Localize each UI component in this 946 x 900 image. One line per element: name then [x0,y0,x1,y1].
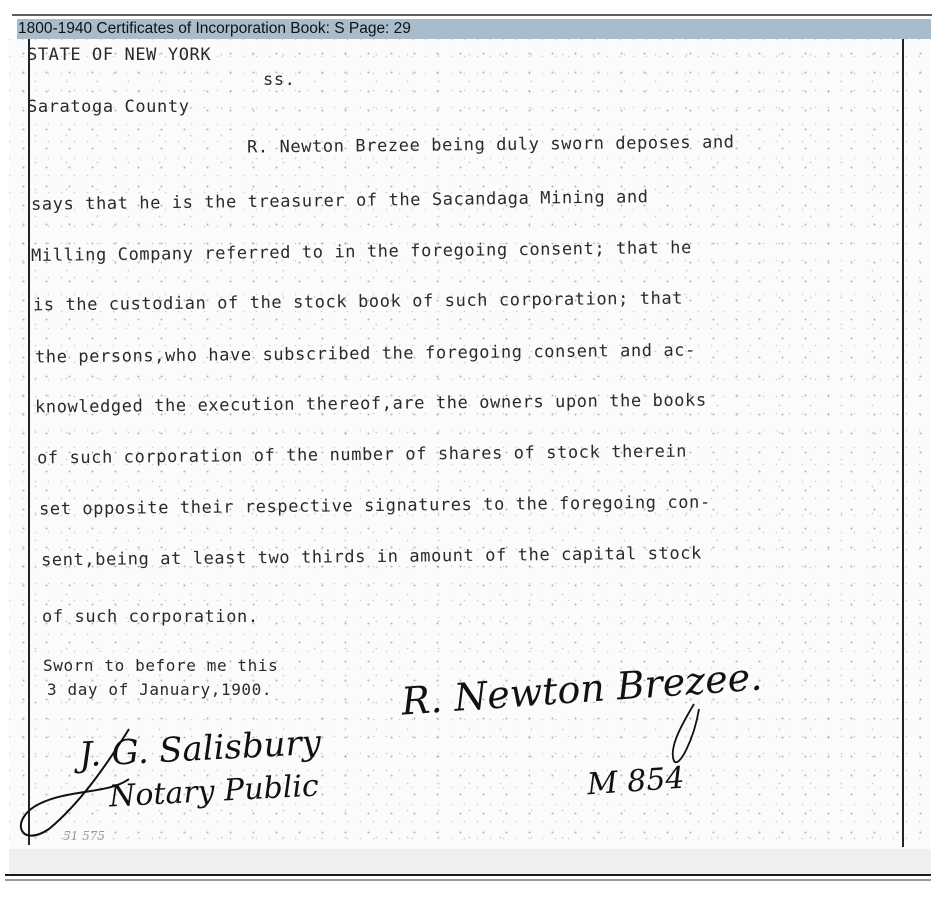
record-title: 1800-1940 Certificates of Incorporation … [18,20,411,38]
viewer-footer [9,849,931,874]
signature-descender [649,699,709,769]
top-divider [12,14,932,16]
bottom-divider-secondary [5,879,931,881]
jurat-line-2: 3 day of January,1900. [47,680,272,699]
heading-ss: ss. [263,70,296,90]
body-line: of such corporation. [42,607,259,627]
jurat-line-1: Sworn to before me this [43,656,278,675]
bottom-divider [5,874,931,876]
notary-flourish [9,709,139,849]
heading-state: STATE OF NEW YORK [27,45,211,65]
heading-county: Saratoga County [27,97,190,117]
record-title-bar: 1800-1940 Certificates of Incorporation … [17,19,931,39]
document-scan: STATE OF NEW YORK ss. Saratoga County R.… [9,39,931,849]
page-right-border [902,39,904,847]
